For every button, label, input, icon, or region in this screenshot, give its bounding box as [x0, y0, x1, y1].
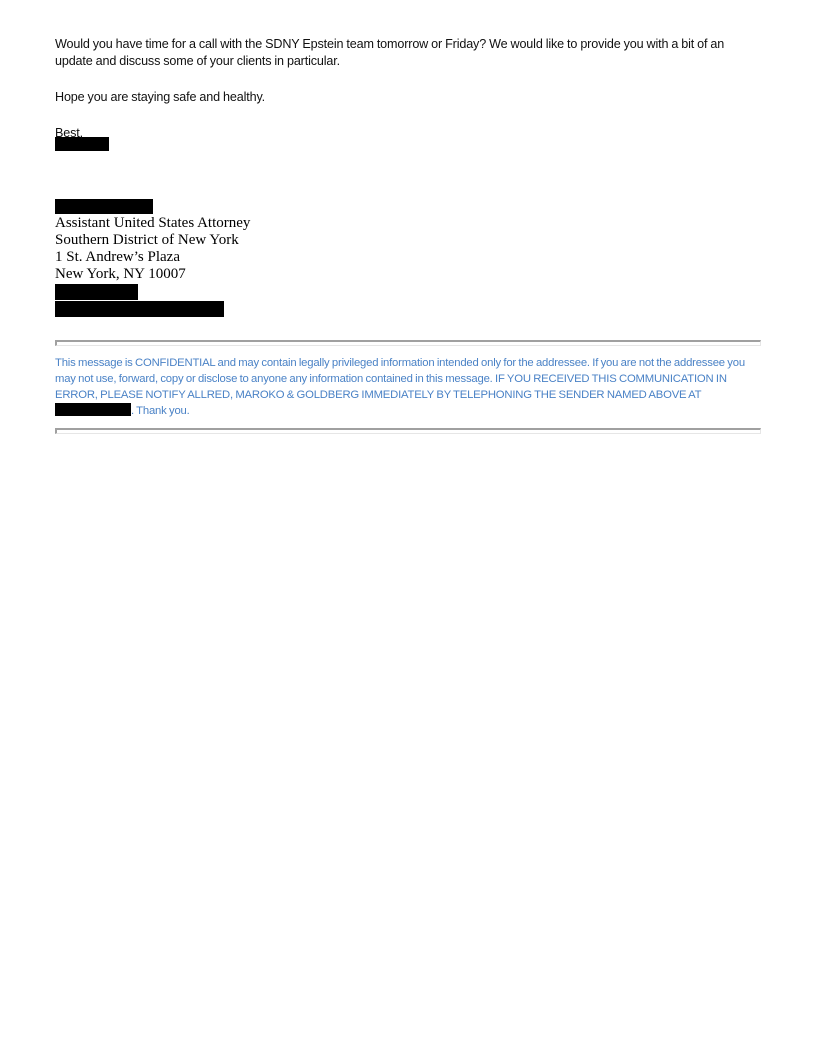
signature-title: Assistant United States Attorney	[55, 215, 250, 232]
body-paragraph-request: Would you have time for a call with the …	[55, 36, 761, 70]
signature-address-line2: New York, NY 10007	[55, 266, 250, 283]
redacted-disclaimer-phone	[55, 403, 131, 416]
disclaimer-top-rule	[55, 340, 761, 346]
email-page: Would you have time for a call with the …	[55, 36, 761, 151]
email-body: Would you have time for a call with the …	[55, 36, 761, 151]
disclaimer-bottom-rule	[55, 428, 761, 434]
redacted-signature-name	[55, 199, 153, 214]
redacted-signature-phone	[55, 284, 138, 300]
body-paragraph-wellwishes: Hope you are staying safe and healthy.	[55, 89, 761, 106]
disclaimer-thanks: . Thank you.	[131, 405, 190, 417]
signature-block: Assistant United States Attorney Souther…	[55, 199, 250, 317]
signature-address-line1: 1 St. Andrew’s Plaza	[55, 249, 250, 266]
redacted-signature-email	[55, 301, 224, 317]
closing: Best,	[55, 125, 761, 142]
signature-office: Southern District of New York	[55, 232, 250, 249]
disclaimer-text: This message is CONFIDENTIAL and may con…	[55, 357, 745, 401]
confidentiality-disclaimer: This message is CONFIDENTIAL and may con…	[55, 355, 765, 419]
